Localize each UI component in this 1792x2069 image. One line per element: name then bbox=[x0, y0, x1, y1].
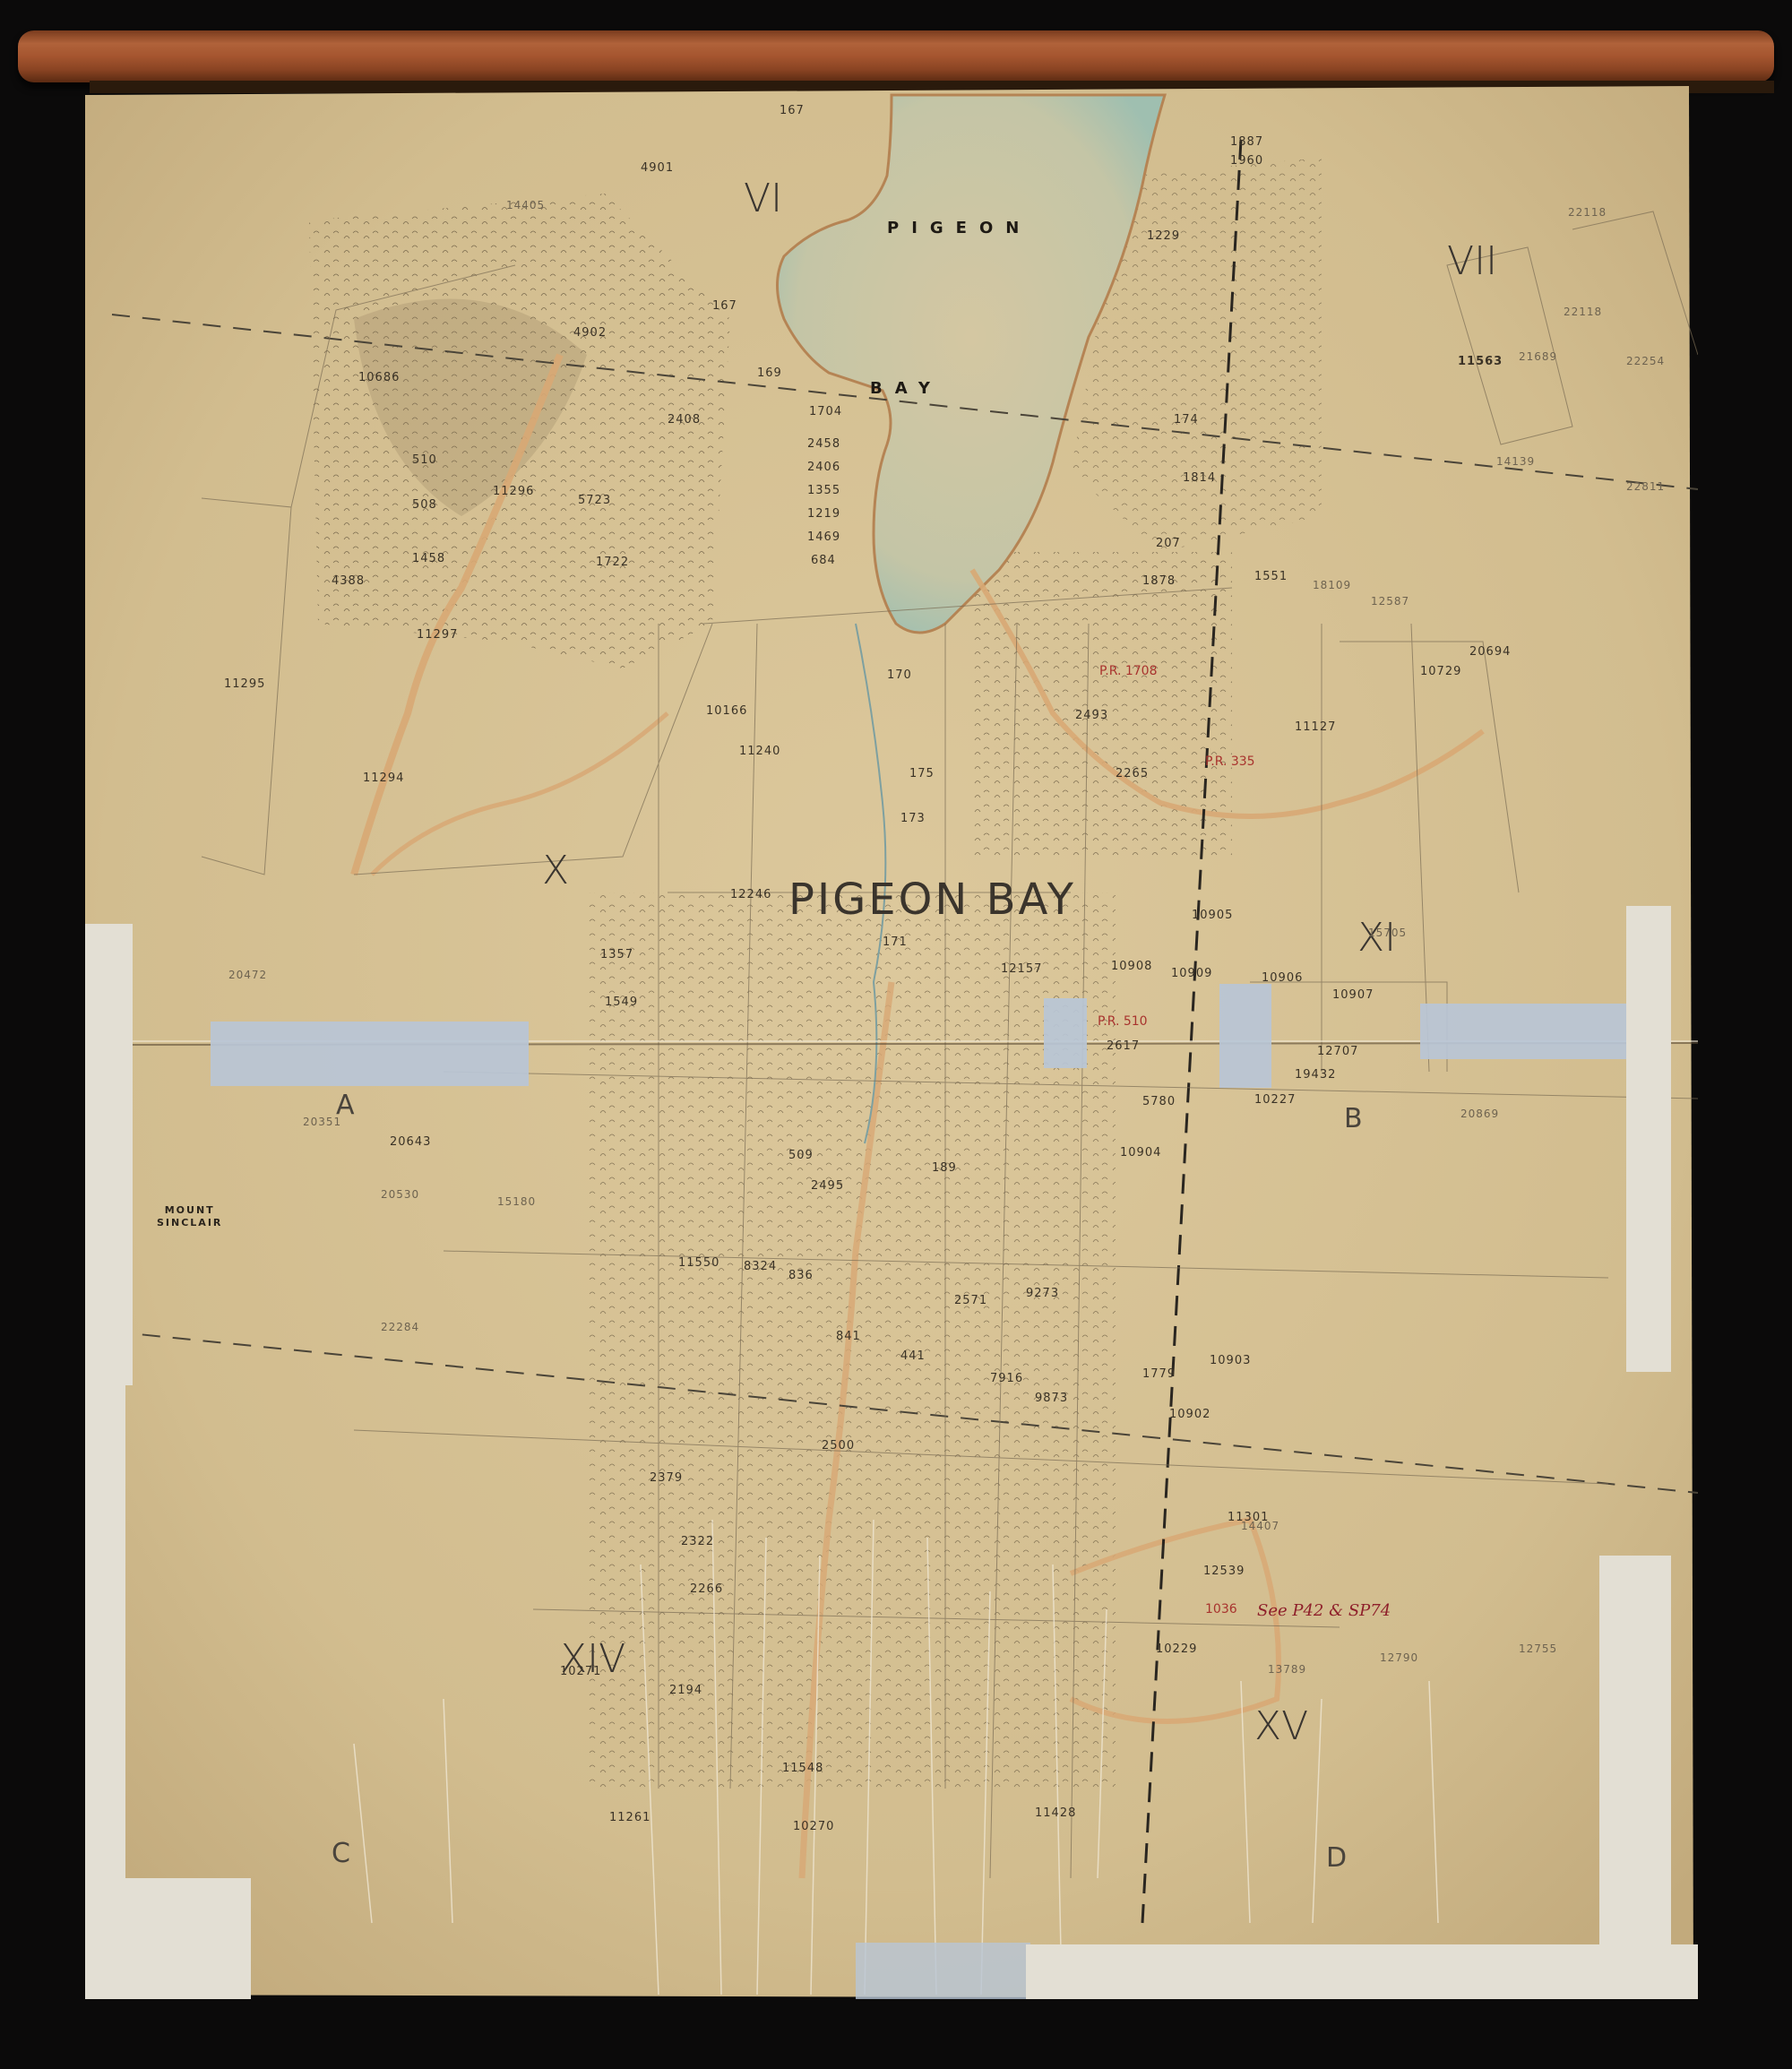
lot-22284: 22284 bbox=[381, 1321, 419, 1333]
lot-2500: 2500 bbox=[822, 1439, 855, 1453]
lot-1219: 1219 bbox=[807, 507, 840, 521]
lot-173: 173 bbox=[900, 812, 926, 825]
lot-1469: 1469 bbox=[807, 530, 840, 544]
lot-11428: 11428 bbox=[1035, 1806, 1076, 1820]
lot-10904: 10904 bbox=[1120, 1146, 1161, 1160]
lot-11563: 11563 bbox=[1458, 355, 1503, 368]
lot-20869: 20869 bbox=[1460, 1108, 1499, 1120]
lot-189: 189 bbox=[932, 1161, 957, 1175]
block-letter-d: D bbox=[1326, 1842, 1347, 1874]
lot-510: 510 bbox=[412, 453, 437, 467]
lot-167b: 167 bbox=[780, 104, 805, 117]
lot-12755: 12755 bbox=[1519, 1642, 1557, 1655]
lot-20643: 20643 bbox=[390, 1135, 431, 1149]
annotation-reserve-335: P.R. 335 bbox=[1205, 754, 1255, 769]
lot-10166: 10166 bbox=[706, 704, 747, 718]
lot-2408: 2408 bbox=[668, 413, 701, 427]
lot-11297: 11297 bbox=[417, 628, 458, 642]
lot-20472: 20472 bbox=[228, 969, 267, 981]
lot-509: 509 bbox=[788, 1149, 814, 1162]
lot-2194: 2194 bbox=[669, 1684, 702, 1697]
lot-841: 841 bbox=[836, 1330, 861, 1343]
lot-12790: 12790 bbox=[1380, 1651, 1418, 1664]
annotation-reserve-510: P.R. 510 bbox=[1098, 1014, 1148, 1029]
lot-1355: 1355 bbox=[807, 484, 840, 497]
district-label-x: X bbox=[542, 848, 569, 893]
lot-4902: 4902 bbox=[573, 326, 607, 340]
lot-1814: 1814 bbox=[1183, 471, 1216, 485]
lot-20694: 20694 bbox=[1469, 645, 1511, 659]
mount-line-1: MOUNT bbox=[157, 1204, 222, 1217]
district-label-vi: VI bbox=[744, 176, 782, 221]
lot-2495: 2495 bbox=[811, 1179, 844, 1193]
lot-10729: 10729 bbox=[1420, 665, 1461, 678]
lot-10902: 10902 bbox=[1169, 1408, 1210, 1421]
lot-11296: 11296 bbox=[493, 485, 534, 498]
lot-11127: 11127 bbox=[1295, 720, 1336, 734]
lot-5780: 5780 bbox=[1142, 1095, 1176, 1108]
lot-1722: 1722 bbox=[596, 556, 629, 569]
cloth-backing-left-top bbox=[85, 924, 133, 1385]
lot-22811: 22811 bbox=[1626, 480, 1665, 493]
lot-441: 441 bbox=[900, 1349, 926, 1363]
lot-170: 170 bbox=[887, 668, 912, 682]
block-letter-b: B bbox=[1344, 1103, 1363, 1134]
repair-tape-bottom bbox=[856, 1943, 1030, 1999]
lot-169: 169 bbox=[757, 366, 782, 380]
district-label-xv: XV bbox=[1254, 1703, 1308, 1749]
lot-11548: 11548 bbox=[782, 1762, 823, 1775]
lot-12539: 12539 bbox=[1203, 1565, 1245, 1578]
lot-12157: 12157 bbox=[1001, 962, 1042, 976]
lot-12246: 12246 bbox=[730, 888, 771, 901]
lot-2322: 2322 bbox=[681, 1535, 714, 1548]
lot-18109: 18109 bbox=[1313, 579, 1351, 591]
lot-21689: 21689 bbox=[1519, 350, 1557, 363]
annotation-see-plans: See P42 & SP74 bbox=[1257, 1601, 1391, 1620]
lot-15180: 15180 bbox=[497, 1195, 536, 1208]
lot-9873: 9873 bbox=[1035, 1392, 1068, 1405]
lot-10906: 10906 bbox=[1262, 971, 1303, 985]
lot-2379: 2379 bbox=[650, 1471, 683, 1485]
lot-10227: 10227 bbox=[1254, 1093, 1296, 1107]
lot-10229: 10229 bbox=[1156, 1642, 1197, 1656]
lot-13789: 13789 bbox=[1268, 1663, 1306, 1676]
lot-9273: 9273 bbox=[1026, 1287, 1059, 1300]
lot-1887: 1887 bbox=[1230, 135, 1263, 149]
lot-1458: 1458 bbox=[412, 552, 445, 565]
lot-508: 508 bbox=[412, 498, 437, 512]
lot-20351: 20351 bbox=[303, 1116, 341, 1128]
lot-175: 175 bbox=[909, 767, 935, 780]
lot-7916: 7916 bbox=[990, 1372, 1023, 1385]
map-sheet: PIGEON BAY PIGEON BAY VI VII X XI XIV XV… bbox=[85, 86, 1698, 1999]
water-label-pigeon: PIGEON bbox=[887, 219, 1031, 237]
lot-22118a: 22118 bbox=[1568, 206, 1607, 219]
lot-14139: 14139 bbox=[1496, 455, 1535, 468]
lot-10270: 10270 bbox=[793, 1820, 834, 1833]
lot-4901: 4901 bbox=[641, 161, 674, 175]
lot-1960: 1960 bbox=[1230, 154, 1263, 168]
lot-14407: 14407 bbox=[1241, 1520, 1279, 1532]
lot-1878: 1878 bbox=[1142, 574, 1176, 588]
cloth-backing-right bbox=[1626, 906, 1671, 1372]
lot-22118b: 22118 bbox=[1564, 306, 1602, 318]
lot-207: 207 bbox=[1156, 537, 1181, 550]
lot-15705: 15705 bbox=[1368, 927, 1407, 939]
land-label-pigeon-bay: PIGEON BAY bbox=[788, 875, 1076, 925]
lot-11240: 11240 bbox=[739, 745, 780, 758]
lot-10903: 10903 bbox=[1210, 1354, 1251, 1367]
lot-1779: 1779 bbox=[1142, 1367, 1176, 1381]
lot-1229: 1229 bbox=[1147, 229, 1180, 243]
lot-10271: 10271 bbox=[560, 1665, 601, 1678]
lot-2406: 2406 bbox=[807, 461, 840, 474]
lot-836: 836 bbox=[788, 1269, 814, 1282]
lot-1549: 1549 bbox=[605, 996, 638, 1009]
lot-22254: 22254 bbox=[1626, 355, 1665, 367]
block-letter-c: C bbox=[332, 1838, 350, 1869]
repair-tape-left bbox=[211, 1022, 529, 1086]
lot-10908: 10908 bbox=[1111, 960, 1152, 973]
lot-10905: 10905 bbox=[1192, 909, 1233, 922]
mount-line-2: SINCLAIR bbox=[157, 1217, 222, 1229]
cloth-backing-bottom-right bbox=[1026, 1944, 1698, 1999]
lot-2571: 2571 bbox=[954, 1294, 987, 1307]
lot-11261: 11261 bbox=[609, 1811, 650, 1824]
lot-167a: 167 bbox=[712, 299, 737, 313]
repair-tape-mid2 bbox=[1219, 984, 1271, 1088]
lot-14405: 14405 bbox=[506, 199, 545, 211]
lot-2458: 2458 bbox=[807, 437, 840, 451]
lot-5723: 5723 bbox=[578, 494, 611, 507]
lot-684: 684 bbox=[811, 554, 836, 567]
annotation-reserve-1708: P.R. 1708 bbox=[1099, 664, 1157, 678]
lot-10686: 10686 bbox=[358, 371, 400, 384]
lot-11294: 11294 bbox=[363, 772, 404, 785]
cloth-backing-bottom-left bbox=[85, 1878, 251, 1999]
lot-20530: 20530 bbox=[381, 1188, 419, 1201]
lot-1704: 1704 bbox=[809, 405, 842, 418]
repair-tape-mid bbox=[1044, 998, 1087, 1068]
place-label-mount-sinclair: MOUNT SINCLAIR bbox=[157, 1204, 222, 1229]
lot-11550: 11550 bbox=[678, 1256, 719, 1270]
district-label-vii: VII bbox=[1447, 238, 1497, 284]
annotation-1036: 1036 bbox=[1205, 1602, 1237, 1616]
lot-11295: 11295 bbox=[224, 677, 265, 691]
cloth-backing-right-lower bbox=[1599, 1556, 1671, 1986]
lot-19432: 19432 bbox=[1295, 1068, 1336, 1082]
lot-10907: 10907 bbox=[1332, 988, 1374, 1002]
lot-1551: 1551 bbox=[1254, 570, 1288, 583]
lot-12707: 12707 bbox=[1317, 1045, 1358, 1058]
lot-2493: 2493 bbox=[1075, 709, 1108, 722]
lot-2265: 2265 bbox=[1116, 767, 1149, 780]
lot-1357: 1357 bbox=[600, 948, 633, 961]
lot-2617: 2617 bbox=[1107, 1039, 1140, 1053]
water-label-bay: BAY bbox=[870, 379, 943, 398]
lot-2266: 2266 bbox=[690, 1582, 723, 1596]
lot-8324: 8324 bbox=[744, 1260, 777, 1273]
wooden-roller-bar bbox=[18, 30, 1774, 82]
lot-174: 174 bbox=[1174, 413, 1199, 427]
lot-12587: 12587 bbox=[1371, 595, 1409, 608]
lot-171: 171 bbox=[883, 935, 908, 949]
lot-10909: 10909 bbox=[1171, 967, 1212, 980]
lot-4388: 4388 bbox=[332, 574, 365, 588]
